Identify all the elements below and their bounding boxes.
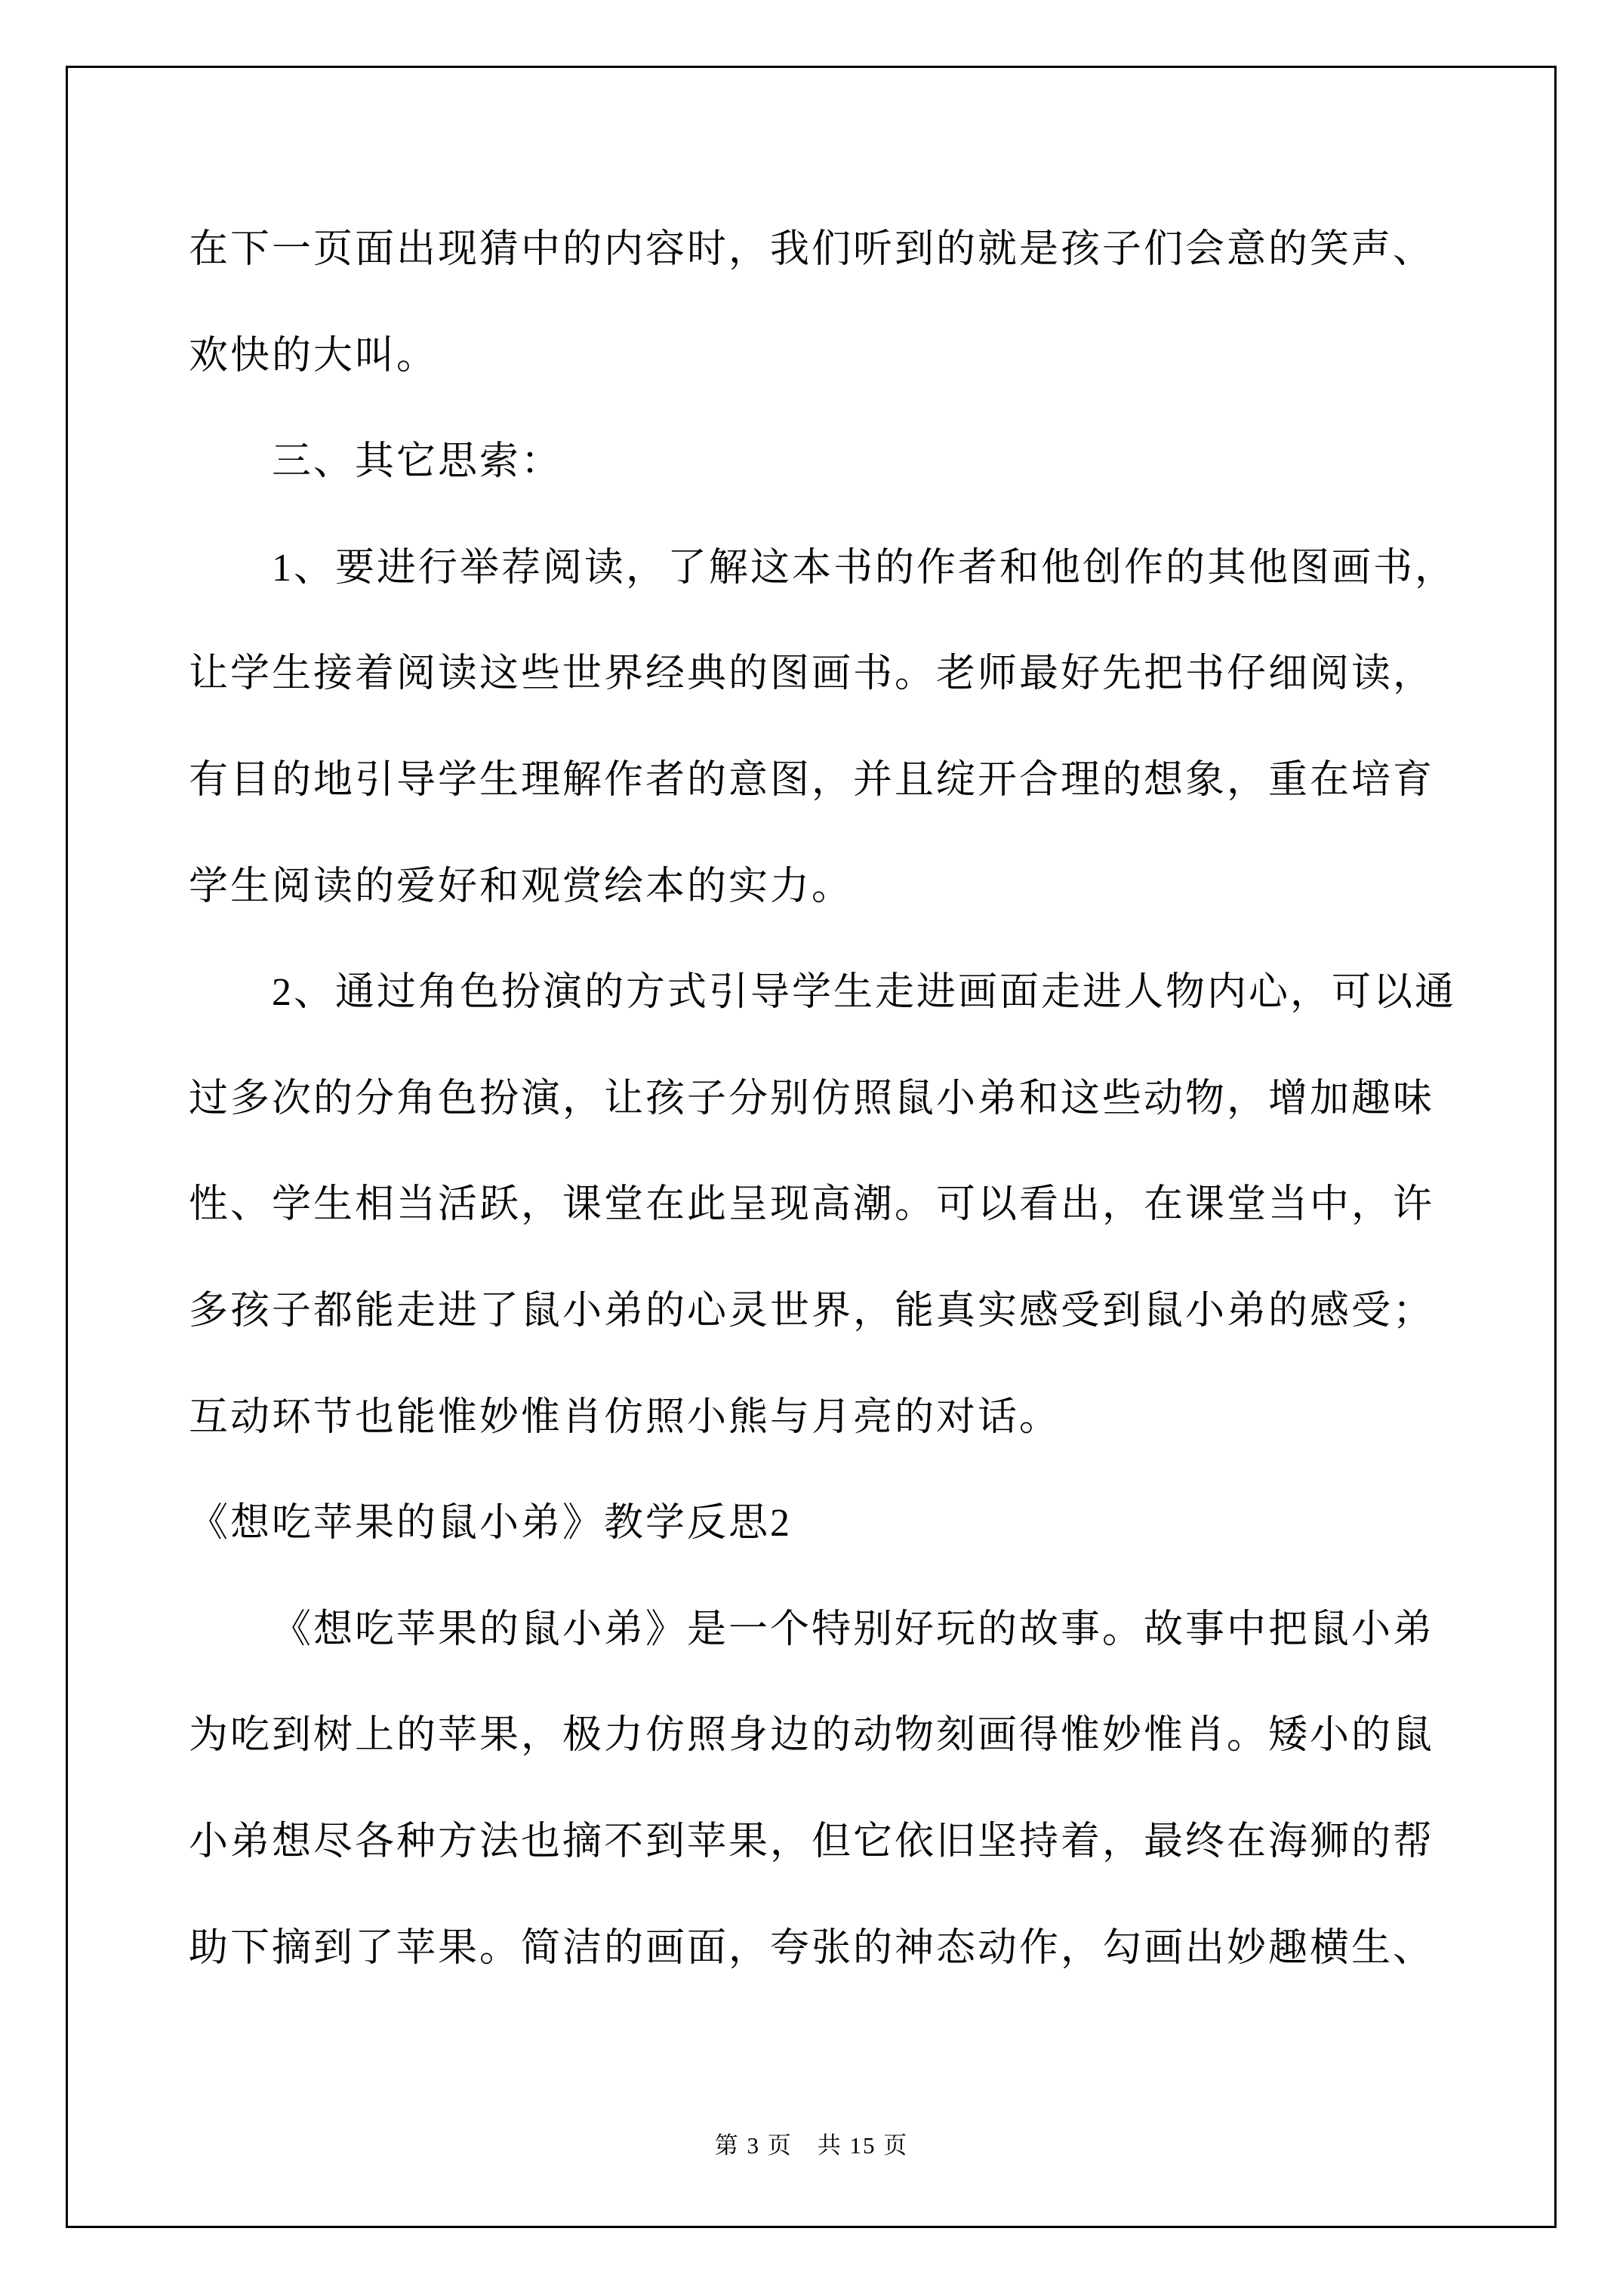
text-line: 多孩子都能走进了鼠小弟的心灵世界，能真实感受到鼠小弟的感受； <box>189 1259 1442 1365</box>
text-line: 助下摘到了苹果。简洁的画面，夸张的神态动作，勾画出妙趣横生、 <box>189 1896 1442 2002</box>
text-line: 小弟想尽各种方法也摘不到苹果，但它依旧坚持着，最终在海狮的帮 <box>189 1789 1442 1896</box>
text-line: 互动环节也能惟妙惟肖仿照小熊与月亮的对话。 <box>189 1365 1442 1472</box>
page-number-text: 第 3 页 共 15 页 <box>715 2132 909 2159</box>
text-line: 在下一页面出现猜中的内容时，我们听到的就是孩子们会意的笑声、 <box>189 197 1442 304</box>
text-line: 1、要进行举荐阅读，了解这本书的作者和他创作的其他图画书， <box>189 516 1442 622</box>
text-line: 欢快的大叫。 <box>189 304 1442 410</box>
text-line: 《想吃苹果的鼠小弟》教学反思2 <box>189 1471 1442 1577</box>
text-line: 三、其它思索： <box>189 409 1442 516</box>
text-line: 过多次的分角色扮演，让孩子分别仿照鼠小弟和这些动物，增加趣味 <box>189 1046 1442 1153</box>
text-line: 有目的地引导学生理解作者的意图，并且绽开合理的想象，重在培育 <box>189 728 1442 834</box>
text-line: 性、学生相当活跃，课堂在此呈现高潮。可以看出，在课堂当中，许 <box>189 1152 1442 1259</box>
text-line: 2、通过角色扮演的方式引导学生走进画面走进人物内心，可以通 <box>189 940 1442 1046</box>
text-line: 为吃到树上的苹果，极力仿照身边的动物刻画得惟妙惟肖。矮小的鼠 <box>189 1683 1442 1789</box>
text-line: 《想吃苹果的鼠小弟》是一个特别好玩的故事。故事中把鼠小弟 <box>189 1577 1442 1684</box>
document-page: 在下一页面出现猜中的内容时，我们听到的就是孩子们会意的笑声、欢快的大叫。三、其它… <box>0 0 1623 2296</box>
text-line: 让学生接着阅读这些世界经典的图画书。老师最好先把书仔细阅读， <box>189 621 1442 728</box>
page-footer: 第 3 页 共 15 页 <box>0 2129 1623 2162</box>
document-body-text: 在下一页面出现猜中的内容时，我们听到的就是孩子们会意的笑声、欢快的大叫。三、其它… <box>189 197 1442 2002</box>
text-line: 学生阅读的爱好和观赏绘本的实力。 <box>189 834 1442 941</box>
